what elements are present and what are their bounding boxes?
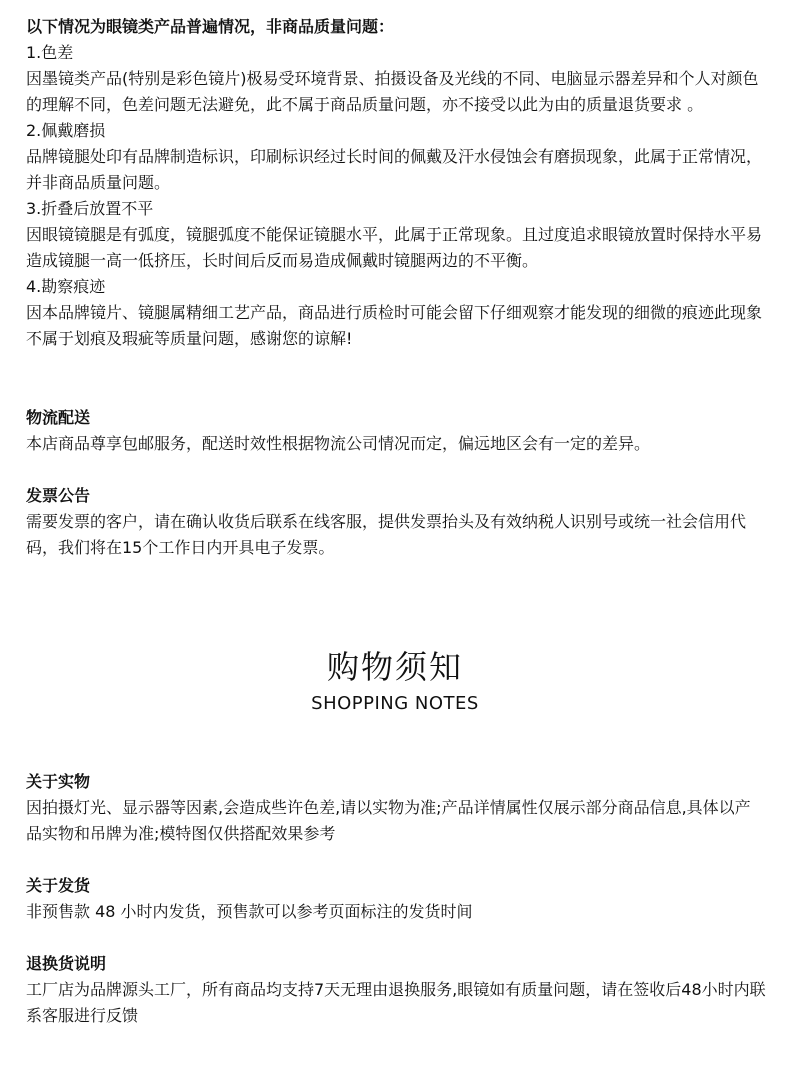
- shopping-notes-title: 购物须知: [0, 645, 790, 689]
- quality-notice-heading: 以下情况为眼镜类产品普遍情况，非商品质量问题：: [26, 14, 766, 40]
- notice-item-body: 品牌镜腿处印有品牌制造标识，印刷标识经过长时间的佩戴及汗水侵蚀会有磨损现象，此属…: [26, 144, 766, 196]
- returns-body: 工厂店为品牌源头工厂，所有商品均支持7天无理由退换服务,眼镜如有质量问题，请在签…: [26, 977, 766, 1029]
- about-shipping-body: 非预售款 48 小时内发货，预售款可以参考页面标注的发货时间: [26, 899, 766, 925]
- notice-item-title: 1.色差: [26, 40, 766, 66]
- notice-item-body: 因眼镜镜腿是有弧度，镜腿弧度不能保证镜腿水平，此属于正常现象。且过度追求眼镜放置…: [26, 222, 766, 274]
- notice-item-title: 2.佩戴磨损: [26, 118, 766, 144]
- invoice-section: 发票公告 需要发票的客户，请在确认收货后联系在线客服，提供发票抬头及有效纳税人识…: [26, 483, 766, 561]
- notice-item-title: 4.勘察痕迹: [26, 274, 766, 300]
- about-product-section: 关于实物 因拍摄灯光、显示器等因素,会造成些许色差,请以实物为准;产品详情属性仅…: [26, 769, 766, 847]
- about-product-heading: 关于实物: [26, 769, 766, 795]
- shopping-notes-subtitle: SHOPPING NOTES: [0, 692, 790, 716]
- about-product-body: 因拍摄灯光、显示器等因素,会造成些许色差,请以实物为准;产品详情属性仅展示部分商…: [26, 795, 766, 847]
- notice-item-body: 因墨镜类产品(特别是彩色镜片)极易受环境背景、拍摄设备及光线的不同、电脑显示器差…: [26, 66, 766, 118]
- invoice-body: 需要发票的客户，请在确认收货后联系在线客服，提供发票抬头及有效纳税人识别号或统一…: [26, 509, 766, 561]
- logistics-heading: 物流配送: [26, 405, 766, 431]
- notice-item-title: 3.折叠后放置不平: [26, 196, 766, 222]
- logistics-section: 物流配送 本店商品尊享包邮服务，配送时效性根据物流公司情况而定，偏远地区会有一定…: [26, 405, 766, 457]
- returns-heading: 退换货说明: [26, 951, 766, 977]
- returns-section: 退换货说明 工厂店为品牌源头工厂，所有商品均支持7天无理由退换服务,眼镜如有质量…: [26, 951, 766, 1029]
- about-shipping-heading: 关于发货: [26, 873, 766, 899]
- logistics-body: 本店商品尊享包邮服务，配送时效性根据物流公司情况而定，偏远地区会有一定的差异。: [26, 431, 766, 457]
- quality-notice-section: 以下情况为眼镜类产品普遍情况，非商品质量问题： 1.色差 因墨镜类产品(特别是彩…: [26, 14, 766, 352]
- invoice-heading: 发票公告: [26, 483, 766, 509]
- notice-item-body: 因本品牌镜片、镜腿属精细工艺产品，商品进行质检时可能会留下仔细观察才能发现的细微…: [26, 300, 766, 352]
- about-shipping-section: 关于发货 非预售款 48 小时内发货，预售款可以参考页面标注的发货时间: [26, 873, 766, 925]
